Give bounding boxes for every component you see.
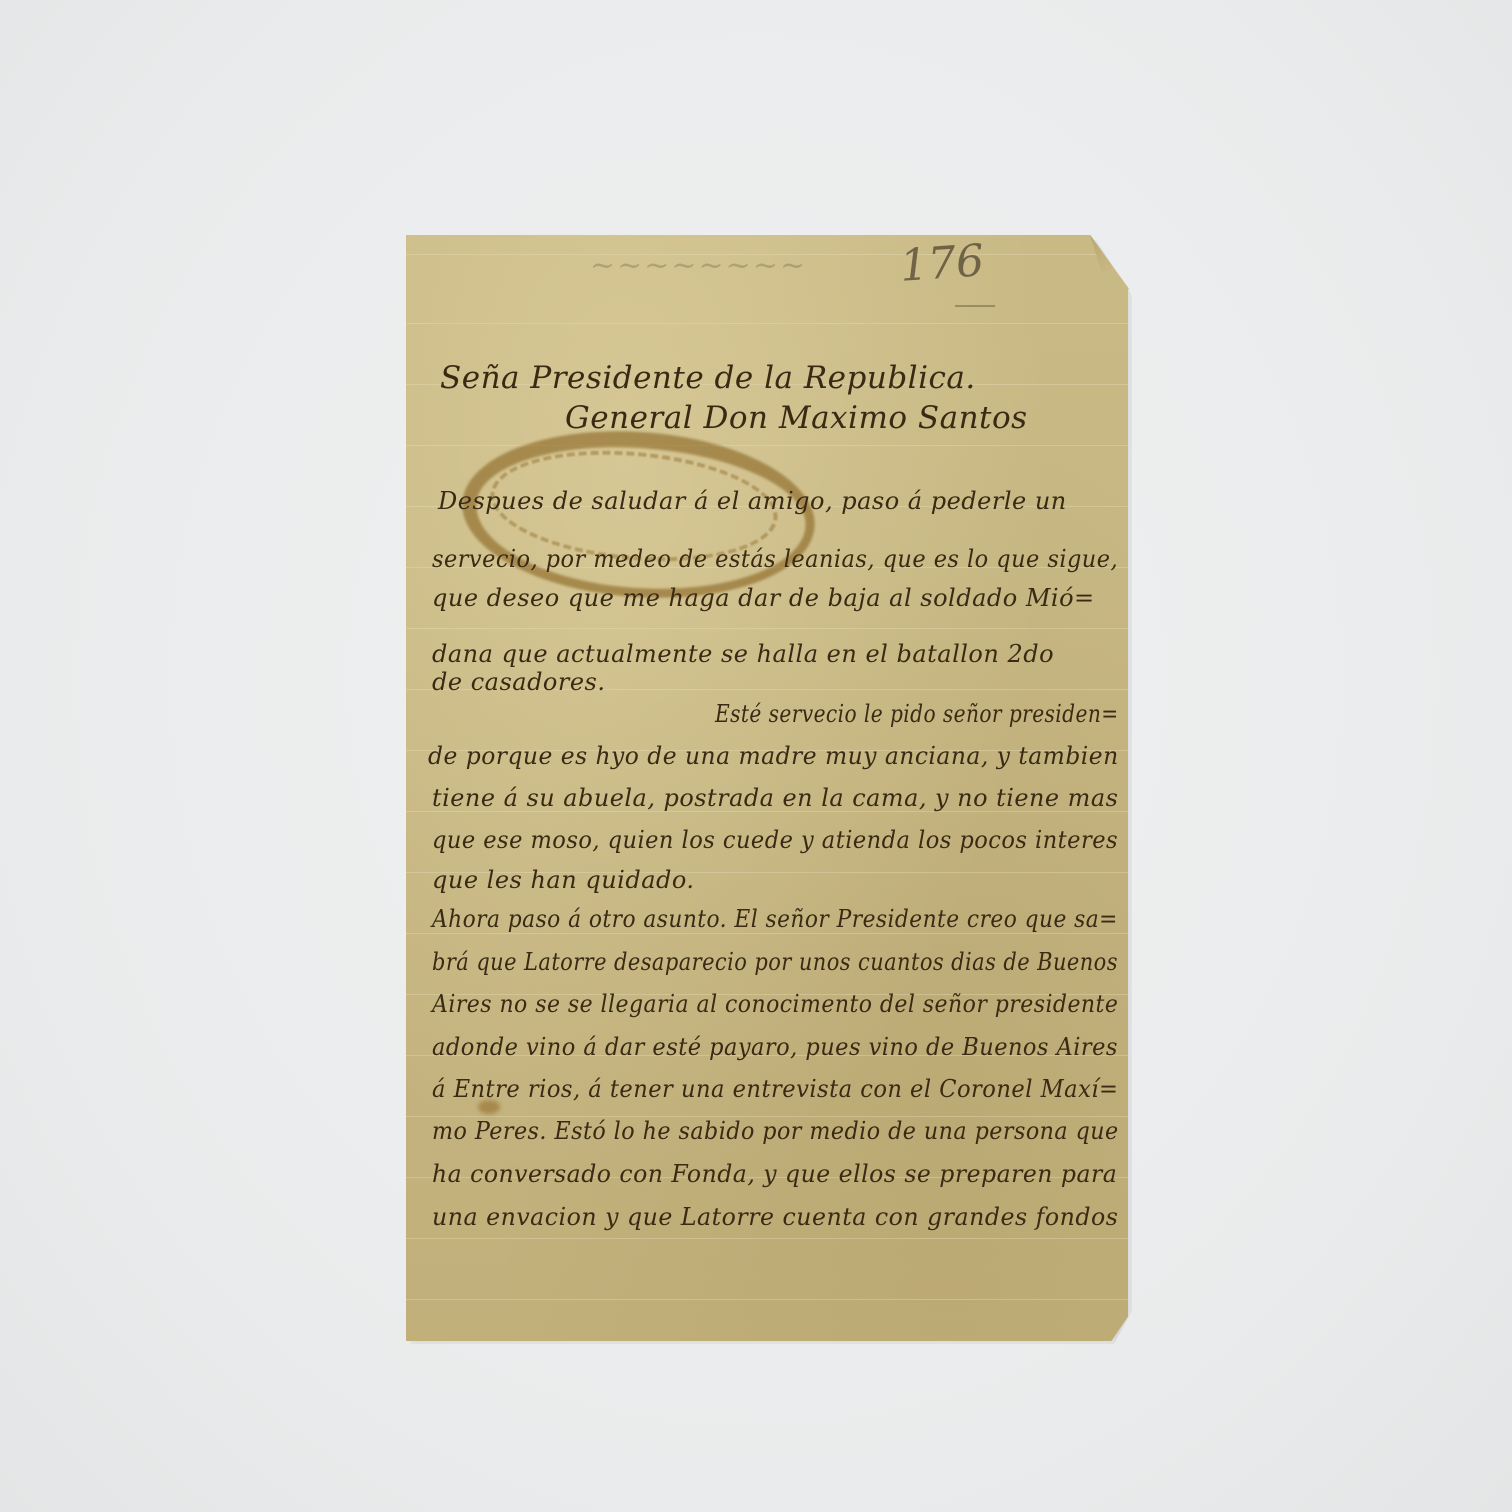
letter-line: Aires no se se llegaria al conocimento d… — [432, 990, 1118, 1018]
letter-line: tiene á su abuela, postrada en la cama, … — [432, 784, 1118, 812]
salutation-line-1: Seña Presidente de la Republica. — [440, 360, 976, 396]
letter-line: Ahora paso á otro asunto. El señor Presi… — [432, 905, 1118, 933]
letter-line: á Entre rios, á tener una entrevista con… — [432, 1075, 1118, 1103]
letter-line: de casadores. — [432, 668, 606, 696]
letter-line: mo Peres. Estó lo he sabido por medio de… — [432, 1117, 1119, 1145]
letter-line: brá que Latorre desaparecio por unos cua… — [432, 948, 1118, 976]
letter-line: que les han quidado. — [432, 866, 695, 894]
letter-line: adonde vino á dar esté payaro, pues vino… — [432, 1033, 1118, 1061]
salutation-line-2: General Don Maximo Santos — [565, 400, 1028, 436]
pencil-annotation: ~~~~~~~~ — [590, 248, 807, 283]
letter-line: una envacion y que Latorre cuenta con gr… — [432, 1203, 1118, 1231]
letter-line: Despues de saludar á el amigo, paso á pe… — [438, 487, 1067, 515]
letter-line: que deseo que me haga dar de baja al sol… — [432, 584, 1095, 612]
letter-line: que ese moso, quien los cuede y atienda … — [432, 826, 1118, 854]
letter-line: dana que actualmente se halla en el bata… — [432, 640, 1054, 668]
folio-number: 176 — [898, 235, 985, 292]
folio-underline — [955, 305, 995, 307]
letter-line: de porque es hyo de una madre muy ancian… — [428, 742, 1119, 770]
letter-line: ha conversado con Fonda, y que ellos se … — [432, 1160, 1117, 1188]
letter-line: Esté servecio le pido señor presiden= — [715, 700, 1119, 728]
letter-line: servecio, por medeo de estás leanias, qu… — [432, 545, 1118, 573]
